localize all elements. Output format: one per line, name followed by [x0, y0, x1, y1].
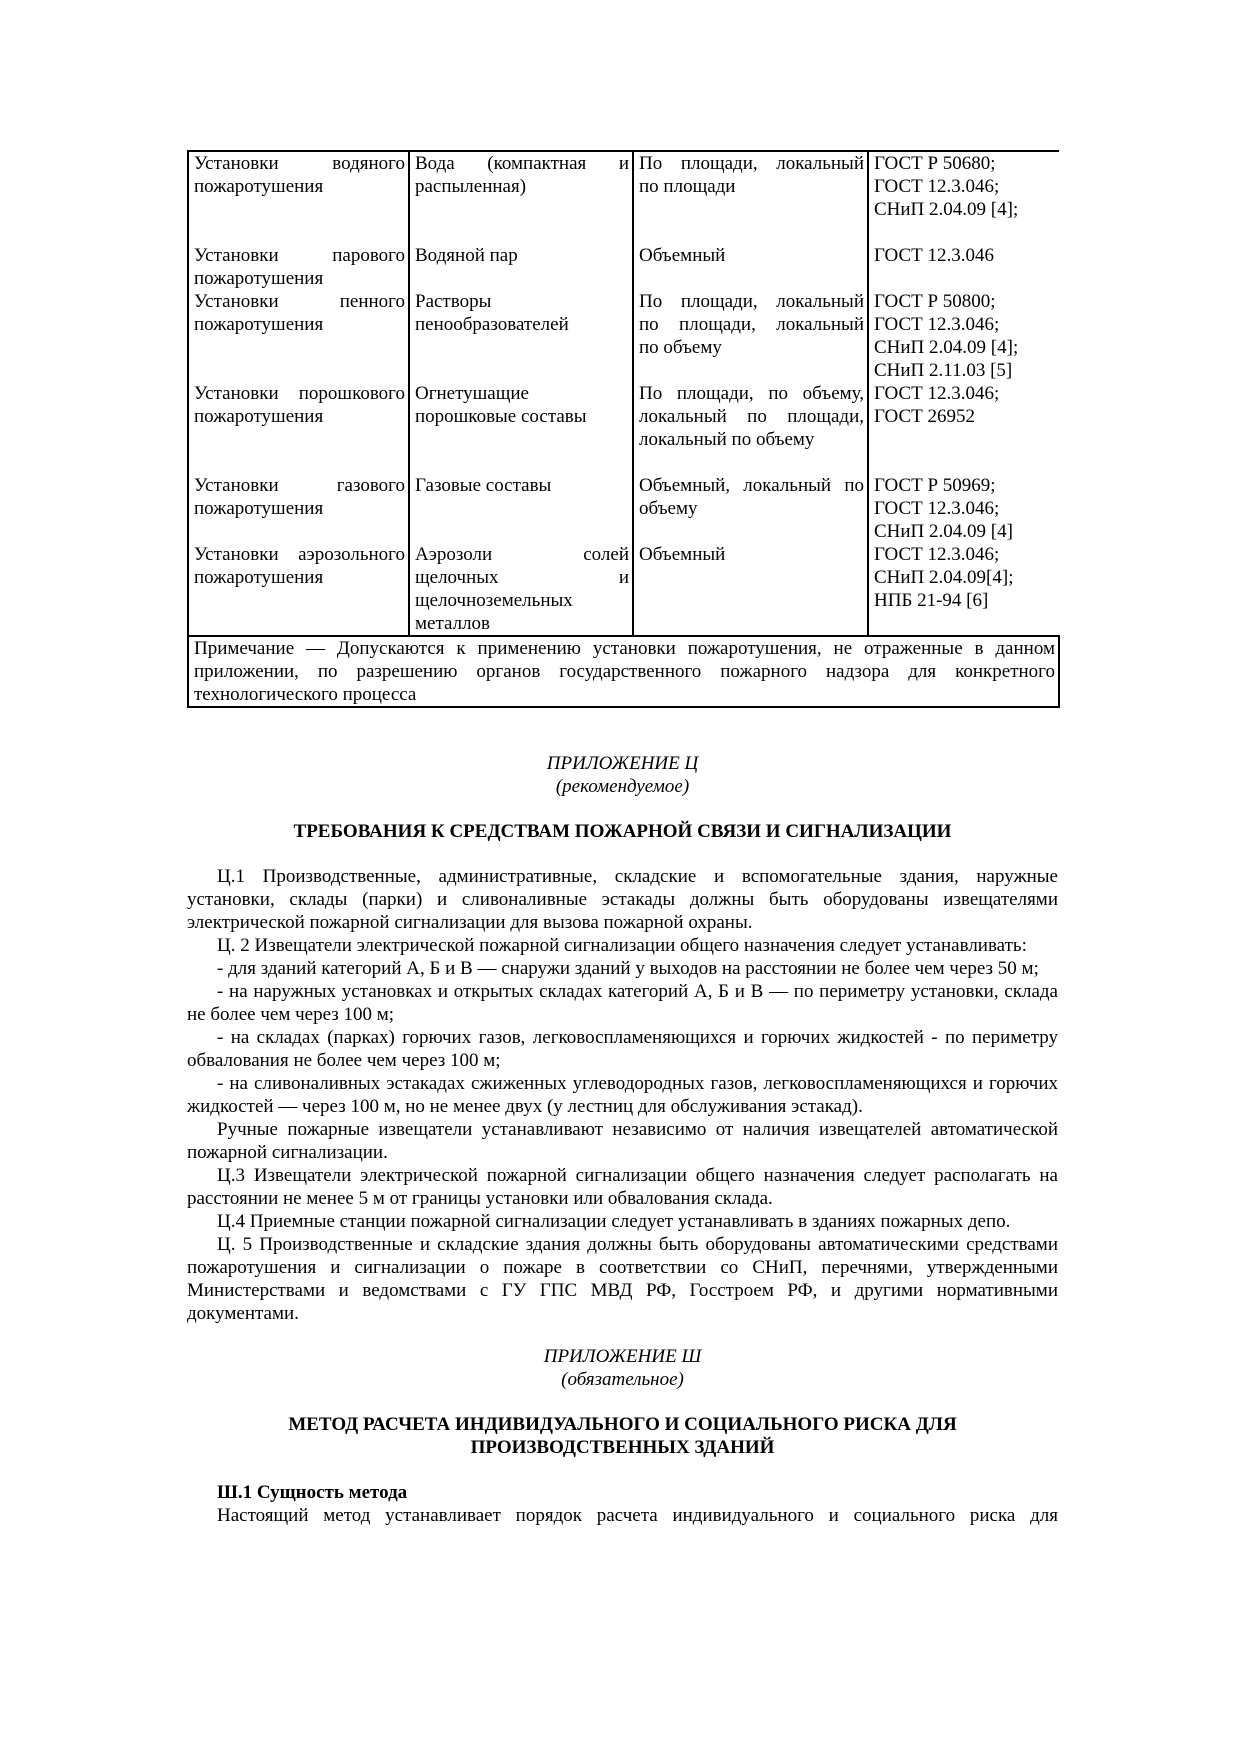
cell-line: ГОСТ 12.3.046	[874, 244, 1056, 267]
cell-line: по площади, локальный	[639, 313, 864, 336]
appendix-ts-title: ТРЕБОВАНИЯ К СРЕДСТВАМ ПОЖАРНОЙ СВЯЗИ И …	[187, 820, 1058, 843]
appendix-sh-title: МЕТОД РАСЧЕТА ИНДИВИДУАЛЬНОГО И СОЦИАЛЬН…	[187, 1413, 1058, 1459]
cell-standards: ГОСТ Р 50969;ГОСТ 12.3.046;СНиП 2.04.09 …	[868, 474, 1059, 543]
cell-line: ГОСТ 26952	[874, 405, 1056, 428]
cell-line: Установки аэрозольного	[194, 543, 405, 566]
cell-method: Объемный	[633, 543, 868, 636]
cell-line: ГОСТ 12.3.046;	[874, 175, 1056, 198]
cell-line: СНиП 2.04.09 [4]	[874, 520, 1056, 543]
table-row: Установки газовогопожаротушенияГазовые с…	[188, 474, 1059, 543]
cell-type: Установки водяногопожаротушения	[188, 151, 409, 244]
cell-line: распыленная)	[415, 175, 629, 198]
appendix-ts-label: ПРИЛОЖЕНИЕ Ц	[187, 752, 1058, 775]
appendix-ts-paragraph: - на сливоналивных эстакадах сжиженных у…	[187, 1072, 1058, 1118]
cell-line: ГОСТ Р 50680;	[874, 152, 1056, 175]
cell-line: Установки порошкового	[194, 382, 405, 405]
cell-line: ГОСТ Р 50800;	[874, 290, 1056, 313]
cell-agent: Водяной пар	[409, 244, 633, 290]
table-row: Установки порошковогопожаротушенияОгнету…	[188, 382, 1059, 474]
fire-extinguishing-installations-table: Установки водяногопожаротушенияВода (ком…	[187, 150, 1060, 708]
appendix-ts-paragraph: - на складах (парках) горючих газов, лег…	[187, 1026, 1058, 1072]
cell-line: Вода (компактная и	[415, 152, 629, 175]
table-note: Примечание — Допускаются к применению ус…	[188, 636, 1059, 707]
appendix-ts-body: Ц.1 Производственные, административные, …	[187, 865, 1058, 1325]
cell-agent: Растворыпенообразователей	[409, 290, 633, 382]
cell-standards: ГОСТ 12.3.046;СНиП 2.04.09[4];НПБ 21-94 …	[868, 543, 1059, 636]
subsection-paragraph: Настоящий метод устанавливает порядок ра…	[187, 1504, 1058, 1527]
cell-line: НПБ 21-94 [6]	[874, 589, 1056, 612]
cell-method: По площади, локальныйпо площади	[633, 151, 868, 244]
table-row: Установки водяногопожаротушенияВода (ком…	[188, 151, 1059, 244]
cell-line: ГОСТ 12.3.046;	[874, 382, 1056, 405]
cell-type: Установки газовогопожаротушения	[188, 474, 409, 543]
cell-agent: Вода (компактная ираспыленная)	[409, 151, 633, 244]
cell-line: ГОСТ 12.3.046;	[874, 497, 1056, 520]
cell-agent: Огнетушащиепорошковые составы	[409, 382, 633, 474]
table-note-row: Примечание — Допускаются к применению ус…	[188, 636, 1059, 707]
appendix-ts-paragraph: - на наружных установках и открытых скла…	[187, 980, 1058, 1026]
cell-line: Установки газового	[194, 474, 405, 497]
cell-standards: ГОСТ 12.3.046;ГОСТ 26952	[868, 382, 1059, 474]
cell-line: по площади	[639, 175, 864, 198]
appendix-ts-paragraph: Ц. 5 Производственные и складские здания…	[187, 1233, 1058, 1325]
appendix-ts-paragraph: Ц.3 Извещатели электрической пожарной си…	[187, 1164, 1058, 1210]
cell-line: СНиП 2.04.09[4];	[874, 566, 1056, 589]
cell-line: Объемный	[639, 244, 864, 267]
table-row: Установки паровогопожаротушенияВодяной п…	[188, 244, 1059, 290]
document-page: Установки водяногопожаротушенияВода (ком…	[187, 150, 1058, 1527]
appendix-ts-paragraph: Ц.4 Приемные станции пожарной сигнализац…	[187, 1210, 1058, 1233]
cell-line: СНиП 2.04.09 [4];	[874, 336, 1056, 359]
cell-method: По площади, локальныйпо площади, локальн…	[633, 290, 868, 382]
cell-line: пенообразователей	[415, 313, 629, 336]
cell-line: щелочноземельных	[415, 589, 629, 612]
cell-type: Установки аэрозольногопожаротушения	[188, 543, 409, 636]
cell-line: щелочных и	[415, 566, 629, 589]
table-row: Установки пенногопожаротушенияРастворыпе…	[188, 290, 1059, 382]
cell-line: по объему	[639, 336, 864, 359]
cell-line: пожаротушения	[194, 497, 405, 520]
cell-agent: Аэрозоли солейщелочных ищелочноземельных…	[409, 543, 633, 636]
cell-line: порошковые составы	[415, 405, 629, 428]
cell-line: Водяной пар	[415, 244, 629, 267]
cell-line: СНиП 2.04.09 [4];	[874, 198, 1056, 221]
cell-line: СНиП 2.11.03 [5]	[874, 359, 1056, 382]
cell-line: ГОСТ 12.3.046;	[874, 313, 1056, 336]
appendix-ts-paragraph: Ц.1 Производственные, административные, …	[187, 865, 1058, 934]
cell-line: По площади, по объему,	[639, 382, 864, 405]
cell-line: ГОСТ 12.3.046;	[874, 543, 1056, 566]
appendix-ts-paragraph: Ручные пожарные извещатели устанавливают…	[187, 1118, 1058, 1164]
cell-method: Объемный	[633, 244, 868, 290]
table-body: Установки водяногопожаротушенияВода (ком…	[188, 151, 1059, 636]
cell-line: По площади, локальный	[639, 290, 864, 313]
table-row: Установки аэрозольногопожаротушенияАэроз…	[188, 543, 1059, 636]
cell-line: Установки парового	[194, 244, 405, 267]
cell-line: локальный по объему	[639, 428, 864, 451]
cell-type: Установки порошковогопожаротушения	[188, 382, 409, 474]
cell-line: Огнетушащие	[415, 382, 629, 405]
cell-line: Объемный	[639, 543, 864, 566]
appendix-sh-label: ПРИЛОЖЕНИЕ Ш	[187, 1345, 1058, 1368]
cell-standards: ГОСТ Р 50800;ГОСТ 12.3.046;СНиП 2.04.09 …	[868, 290, 1059, 382]
cell-standards: ГОСТ Р 50680;ГОСТ 12.3.046;СНиП 2.04.09 …	[868, 151, 1059, 244]
cell-line: пожаротушения	[194, 175, 405, 198]
cell-type: Установки пенногопожаротушения	[188, 290, 409, 382]
appendix-sh-title-line2: ПРОИЗВОДСТВЕННЫХ ЗДАНИЙ	[187, 1436, 1058, 1459]
cell-line: Установки водяного	[194, 152, 405, 175]
appendix-ts-status: (рекомендуемое)	[187, 775, 1058, 798]
subsection-heading: Ш.1 Сущность метода	[217, 1481, 1058, 1504]
cell-line: По площади, локальный	[639, 152, 864, 175]
cell-type: Установки паровогопожаротушения	[188, 244, 409, 290]
cell-line: Объемный, локальный по	[639, 474, 864, 497]
cell-line: Растворы	[415, 290, 629, 313]
cell-line: ГОСТ Р 50969;	[874, 474, 1056, 497]
cell-line: пожаротушения	[194, 405, 405, 428]
cell-line: металлов	[415, 612, 629, 635]
cell-method: По площади, по объему,локальный по площа…	[633, 382, 868, 474]
cell-agent: Газовые составы	[409, 474, 633, 543]
cell-line: пожаротушения	[194, 566, 405, 589]
cell-line: Установки пенного	[194, 290, 405, 313]
cell-line: локальный по площади,	[639, 405, 864, 428]
appendix-sh-title-line1: МЕТОД РАСЧЕТА ИНДИВИДУАЛЬНОГО И СОЦИАЛЬН…	[187, 1413, 1058, 1436]
cell-method: Объемный, локальный пообъему	[633, 474, 868, 543]
cell-line: Газовые составы	[415, 474, 629, 497]
cell-line: пожаротушения	[194, 313, 405, 336]
cell-standards: ГОСТ 12.3.046	[868, 244, 1059, 290]
cell-line: Аэрозоли солей	[415, 543, 629, 566]
appendix-ts-paragraph: - для зданий категорий А, Б и В — снаруж…	[187, 957, 1058, 980]
appendix-sh-status: (обязательное)	[187, 1368, 1058, 1391]
appendix-ts-paragraph: Ц. 2 Извещатели электрической пожарной с…	[187, 934, 1058, 957]
cell-line: пожаротушения	[194, 267, 405, 290]
cell-line: объему	[639, 497, 864, 520]
